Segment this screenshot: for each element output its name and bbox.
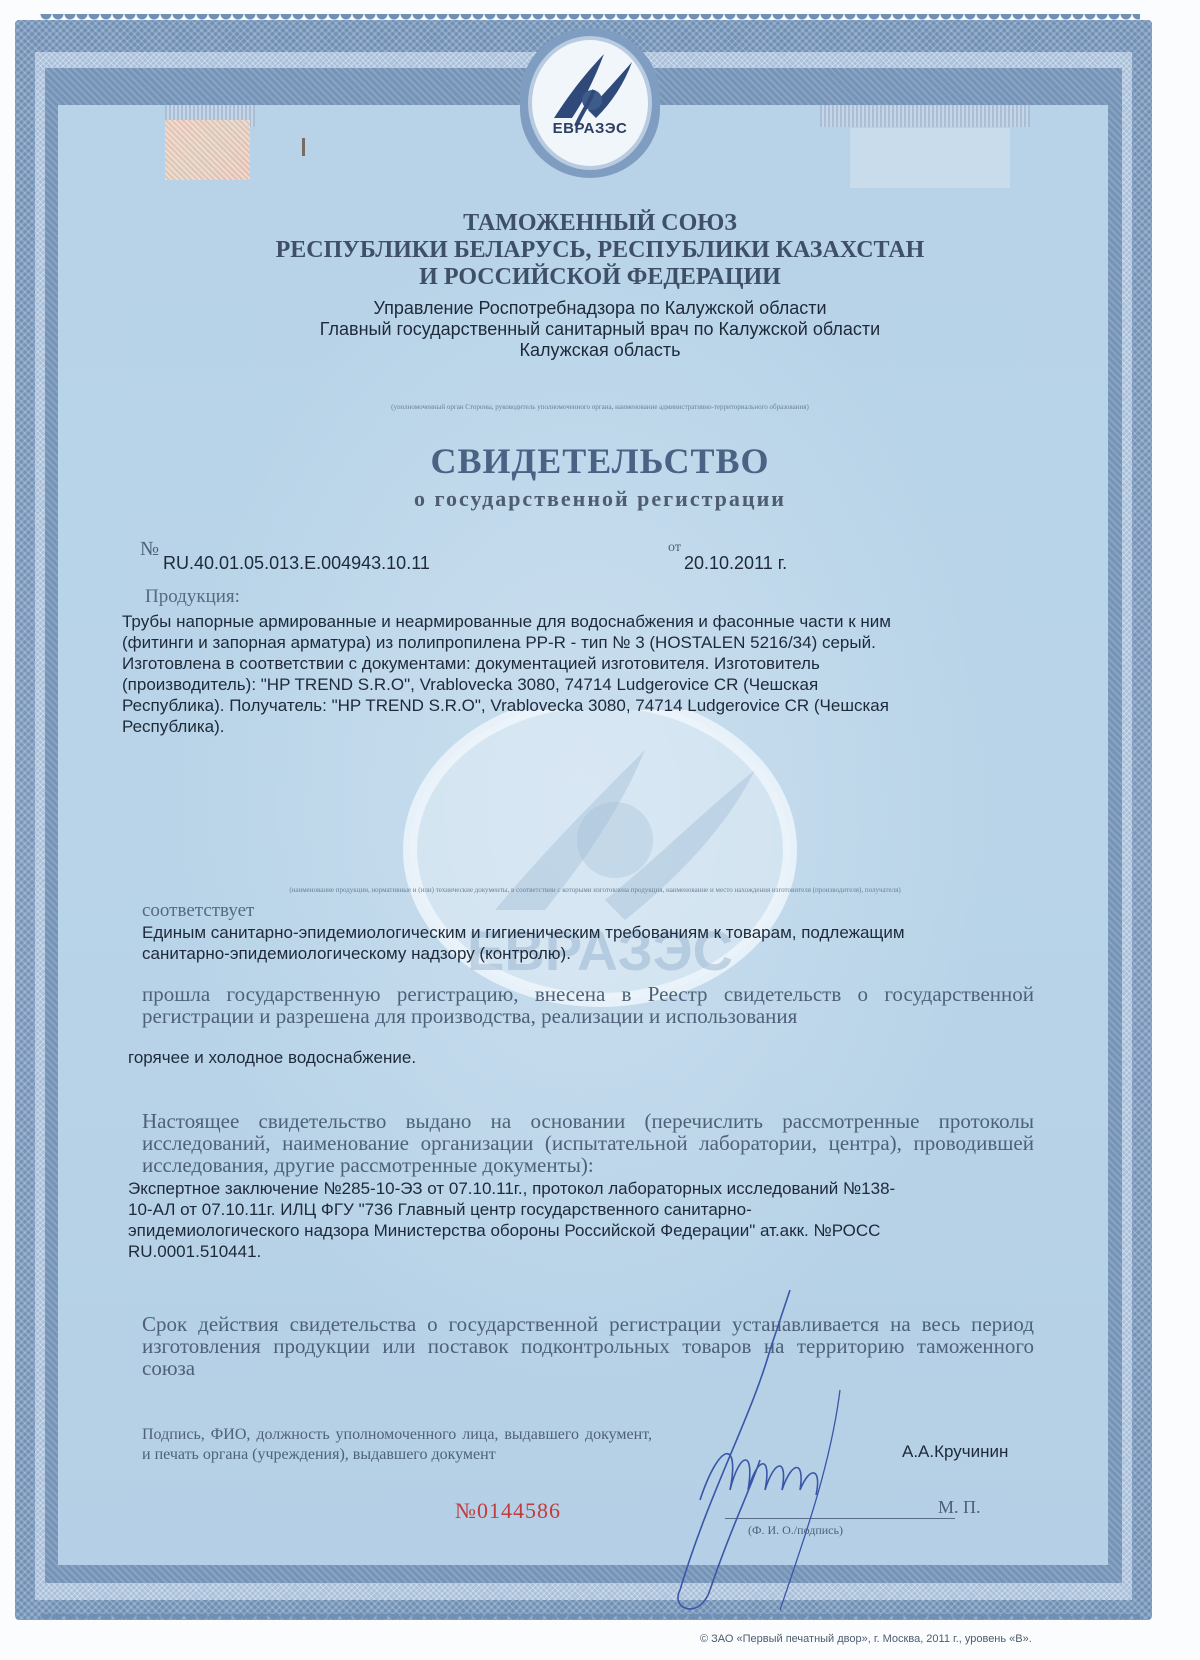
registration-number: RU.40.01.05.013.Е.004943.10.11 xyxy=(163,553,430,574)
authority-line: Калужская область xyxy=(200,340,1000,361)
issuing-authority: Управление Роспотребнадзора по Калужской… xyxy=(200,298,1000,361)
basis-text: Настоящее свидетельство выдано на основа… xyxy=(142,1110,1034,1176)
registration-status-text: прошла государственную регистрацию, внес… xyxy=(142,983,1034,1027)
authority-caption: (уполномоченный орган Стороны, руководит… xyxy=(210,403,990,411)
product-line: Изготовлена в соответствии с документами… xyxy=(122,653,1042,674)
basis-line: эпидемиологического надзора Министерства… xyxy=(128,1220,1048,1241)
eurasec-watermark: ЕВРАЗЭС xyxy=(385,710,815,1010)
authority-line: Главный государственный санитарный врач … xyxy=(200,319,1000,340)
document-title: СВИДЕТЕЛЬСТВО xyxy=(300,440,900,482)
compliance-text: Единым санитарно-эпидемиологическим и ги… xyxy=(142,922,1042,964)
product-caption: (наименование продукции, нормативные и (… xyxy=(125,886,1065,894)
compliance-line: санитарно-эпидемиологическому надзору (к… xyxy=(142,943,1042,964)
emblem-label: ЕВРАЗЭС xyxy=(532,120,648,137)
signature-label: Подпись, ФИО, должность уполномоченного … xyxy=(142,1425,652,1465)
serial-number: №0144586 xyxy=(455,1498,561,1524)
product-line: (фитинги и запорная арматура) из полипро… xyxy=(122,632,1042,653)
authority-line: Управление Роспотребнадзора по Калужской… xyxy=(200,298,1000,319)
number-label: № xyxy=(140,538,159,561)
product-line: Республика). Получатель: "HP TREND S.R.O… xyxy=(122,695,1042,716)
compliance-line: Единым санитарно-эпидемиологическим и ги… xyxy=(142,922,1042,943)
frame-scallop-bottom xyxy=(40,1614,1140,1626)
eurasec-logo-icon xyxy=(532,40,648,166)
paper-patch xyxy=(850,128,1010,188)
document-subtitle: о государственной регистрации xyxy=(300,486,900,512)
union-title-line: ТАМОЖЕННЫЙ СОЮЗ xyxy=(200,210,1000,237)
basis-line: Экспертное заключение №285-10-ЭЗ от 07.1… xyxy=(128,1178,1048,1199)
basis-line: 10-АЛ от 07.10.11г. ИЛЦ ФГУ "736 Главный… xyxy=(128,1199,1048,1220)
customs-union-title: ТАМОЖЕННЫЙ СОЮЗ РЕСПУБЛИКИ БЕЛАРУСЬ, РЕС… xyxy=(200,210,1000,291)
frame-scallop-top xyxy=(40,14,1140,26)
registration-date: 20.10.2011 г. xyxy=(684,553,787,574)
printer-imprint: © ЗАО «Первый печатный двор», г. Москва,… xyxy=(700,1633,1032,1645)
union-title-line: И РОССИЙСКОЙ ФЕДЕРАЦИИ xyxy=(200,264,1000,291)
product-line: Трубы напорные армированные и неармирова… xyxy=(122,611,1042,632)
product-description: Трубы напорные армированные и неармирова… xyxy=(122,611,1042,737)
product-line: (производитель): "HP TREND S.R.O", Vrabl… xyxy=(122,674,1042,695)
product-line: Республика). xyxy=(122,716,1042,737)
usage-scope: горячее и холодное водоснабжение. xyxy=(128,1047,416,1068)
hologram-sticker xyxy=(165,120,250,180)
eurasec-emblem xyxy=(532,40,648,166)
basis-documents: Экспертное заключение №285-10-ЭЗ от 07.1… xyxy=(128,1178,1048,1262)
handwritten-signature-icon xyxy=(640,1290,960,1620)
compliance-label: соответствует xyxy=(142,900,254,922)
union-title-line: РЕСПУБЛИКИ БЕЛАРУСЬ, РЕСПУБЛИКИ КАЗАХСТА… xyxy=(200,237,1000,264)
date-label: от xyxy=(668,540,681,556)
basis-line: RU.0001.510441. xyxy=(128,1241,1048,1262)
product-label: Продукция: xyxy=(145,586,240,608)
hologram-mark xyxy=(302,138,305,156)
security-strip xyxy=(820,105,1030,127)
